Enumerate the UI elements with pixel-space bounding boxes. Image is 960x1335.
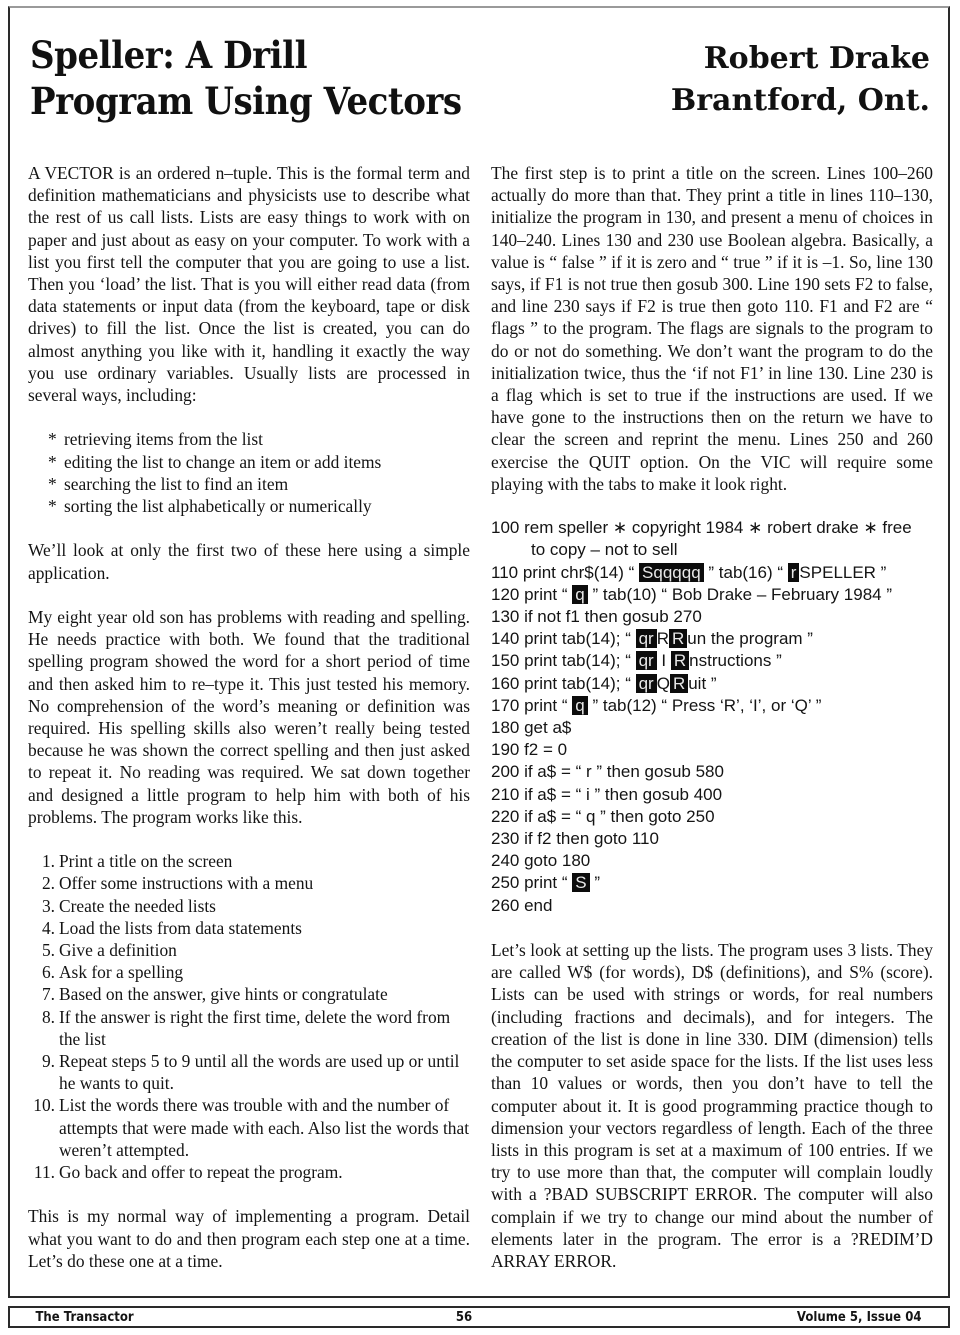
code-line: 180 get a$ [491, 717, 933, 739]
bullet-list: *retrieving items from the list *editing… [28, 428, 470, 517]
reverse-video-chars: Sqqqqq [639, 563, 704, 582]
reverse-video-chars: q [572, 585, 587, 604]
code-line: 220 if a$ = “ q ” then goto 250 [491, 806, 933, 828]
step-item: 3.Create the needed lists [28, 895, 470, 917]
step-item: 10.List the words there was trouble with… [28, 1094, 470, 1161]
publication-name: The Transactor [35, 1310, 133, 1325]
paragraph: We’ll look at only the first two of thes… [28, 539, 470, 583]
title-line-2: Program Using Vectors [30, 79, 462, 123]
step-item: 2.Offer some instructions with a menu [28, 872, 470, 894]
paragraph: Let’s look at setting up the lists. The … [491, 939, 933, 1272]
bullet-item: *editing the list to change an item or a… [48, 451, 470, 473]
reverse-video-chars: q [572, 696, 587, 715]
code-line: 160 print tab(14); “ qrQRuit ” [491, 673, 933, 695]
bullet-item: *retrieving items from the list [48, 428, 470, 450]
asterisk-bullet-icon: * [48, 451, 57, 473]
right-column: The first step is to print a title on th… [491, 162, 933, 1294]
reverse-video-chars: R [671, 651, 689, 670]
asterisk-bullet-icon: * [48, 428, 57, 450]
code-line: 150 print tab(14); “ qr I Rnstructions ” [491, 650, 933, 672]
step-item: 9.Repeat steps 5 to 9 until all the word… [28, 1050, 470, 1094]
code-line: 100 rem speller ∗ copyright 1984 ∗ rober… [491, 517, 933, 539]
reverse-video-chars: r [788, 563, 800, 582]
intro-paragraph: A VECTOR is an ordered n–tuple. This is … [28, 162, 470, 406]
step-item: 11.Go back and offer to repeat the progr… [28, 1161, 470, 1183]
reverse-video-chars: qr [636, 651, 657, 670]
code-line: to copy – not to sell [491, 539, 933, 561]
byline: Robert Drake Brantford, Ont. [671, 38, 930, 122]
paragraph: The first step is to print a title on th… [491, 162, 933, 495]
step-item: 6.Ask for a spelling [28, 961, 470, 983]
code-line: 110 print chr$(14) “ Sqqqqq ” tab(16) “ … [491, 562, 933, 584]
step-item: 4.Load the lists from data statements [28, 917, 470, 939]
code-line: 210 if a$ = “ i ” then gosub 400 [491, 784, 933, 806]
step-list: 1.Print a title on the screen 2.Offer so… [28, 850, 470, 1183]
asterisk-bullet-icon: * [48, 473, 57, 495]
reverse-video-chars: qr [636, 629, 657, 648]
paragraph: This is my normal way of implementing a … [28, 1205, 470, 1272]
code-line: 260 end [491, 895, 933, 917]
code-line: 130 if not f1 then gosub 270 [491, 606, 933, 628]
code-line: 190 f2 = 0 [491, 739, 933, 761]
code-line: 250 print “ S ” [491, 872, 933, 894]
basic-listing: 100 rem speller ∗ copyright 1984 ∗ rober… [491, 517, 933, 917]
bullet-item: *searching the list to find an item [48, 473, 470, 495]
code-line: 240 goto 180 [491, 850, 933, 872]
reverse-video-chars: S [572, 873, 589, 892]
step-item: 7.Based on the answer, give hints or con… [28, 983, 470, 1005]
issue-label: Volume 5, Issue 04 [797, 1310, 922, 1325]
bullet-item: *sorting the list alphabetically or nume… [48, 495, 470, 517]
code-line: 140 print tab(14); “ qrRRun the program … [491, 628, 933, 650]
author-name: Robert Drake [671, 38, 930, 80]
author-location: Brantford, Ont. [671, 80, 930, 122]
code-line: 120 print “ q ” tab(10) “ Bob Drake – Fe… [491, 584, 933, 606]
title-line-1: Speller: A Drill [30, 33, 307, 77]
page-number: 56 [456, 1310, 472, 1325]
step-item: 5.Give a definition [28, 939, 470, 961]
step-item: 8.If the answer is right the first time,… [28, 1006, 470, 1050]
page-footer: The Transactor 56 Volume 5, Issue 04 [8, 1306, 950, 1328]
code-line: 230 if f2 then goto 110 [491, 828, 933, 850]
reverse-video-chars: qr [636, 674, 657, 693]
article-title: Speller: A Drill Program Using Vectors [30, 32, 462, 124]
code-line: 200 if a$ = “ r ” then gosub 580 [491, 761, 933, 783]
code-line: 170 print “ q ” tab(12) “ Press ‘R’, ‘I’… [491, 695, 933, 717]
reverse-video-chars: R [670, 674, 688, 693]
reverse-video-chars: R [669, 629, 687, 648]
paragraph: My eight year old son has problems with … [28, 606, 470, 828]
step-item: 1.Print a title on the screen [28, 850, 470, 872]
left-column: A VECTOR is an ordered n–tuple. This is … [28, 162, 470, 1294]
asterisk-bullet-icon: * [48, 495, 57, 517]
